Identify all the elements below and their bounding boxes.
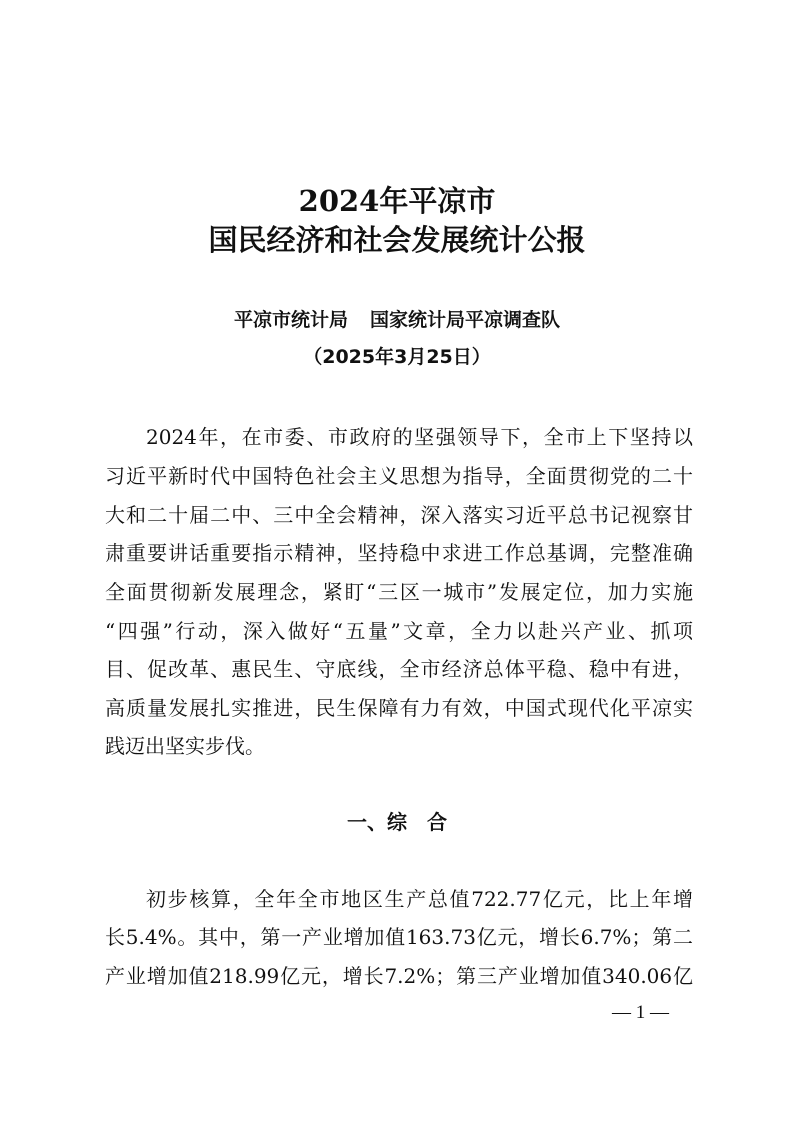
publication-date: （2025年3月25日） [0,343,794,371]
section-heading: 一、综 合 [0,808,794,836]
intro-line: “四强”行动，深入做好“五量”文章，全力以赴兴产业、抓项 [105,617,693,645]
author-bureau: 平凉市统计局 [234,309,348,331]
document-title-line-2: 国民经济和社会发展统计公报 [0,220,794,260]
page-number: — 1 — [612,1000,669,1026]
intro-line: 全面贯彻新发展理念，紧盯“三区一城市”发展定位，加力实施 [105,578,693,606]
intro-line: 肃重要讲话重要指示精神，坚持稳中求进工作总基调，完整准确 [105,539,693,567]
document-title-line-1: 2024年平凉市 [0,181,794,221]
intro-line: 大和二十届二中、三中全会精神，深入落实习近平总书记视察甘 [105,501,693,529]
intro-line: 高质量发展扎实推进，民生保障有力有效，中国式现代化平凉实 [105,694,693,722]
section-line: 长5.4%。其中，第一产业增加值163.73亿元，增长6.7%；第二 [105,923,693,951]
intro-line: 践迈出坚实步伐。 [105,732,693,760]
intro-line: 目、促改革、惠民生、守底线，全市经济总体平稳、稳中有进， [105,655,693,683]
section-line: 产业增加值218.99亿元，增长7.2%；第三产业增加值340.06亿 [105,962,693,990]
intro-line: 2024年，在市委、市政府的坚强领导下，全市上下坚持以 [146,423,693,451]
document-page: 2024年平凉市 国民经济和社会发展统计公报 平凉市统计局国家统计局平凉调查队 … [0,0,794,1123]
author-survey-team: 国家统计局平凉调查队 [370,309,560,331]
section-line: 初步核算，全年全市地区生产总值722.77亿元，比上年增 [146,885,693,913]
issuing-authorities: 平凉市统计局国家统计局平凉调查队 [0,306,794,334]
intro-line: 习近平新时代中国特色社会主义思想为指导，全面贯彻党的二十 [105,462,693,490]
